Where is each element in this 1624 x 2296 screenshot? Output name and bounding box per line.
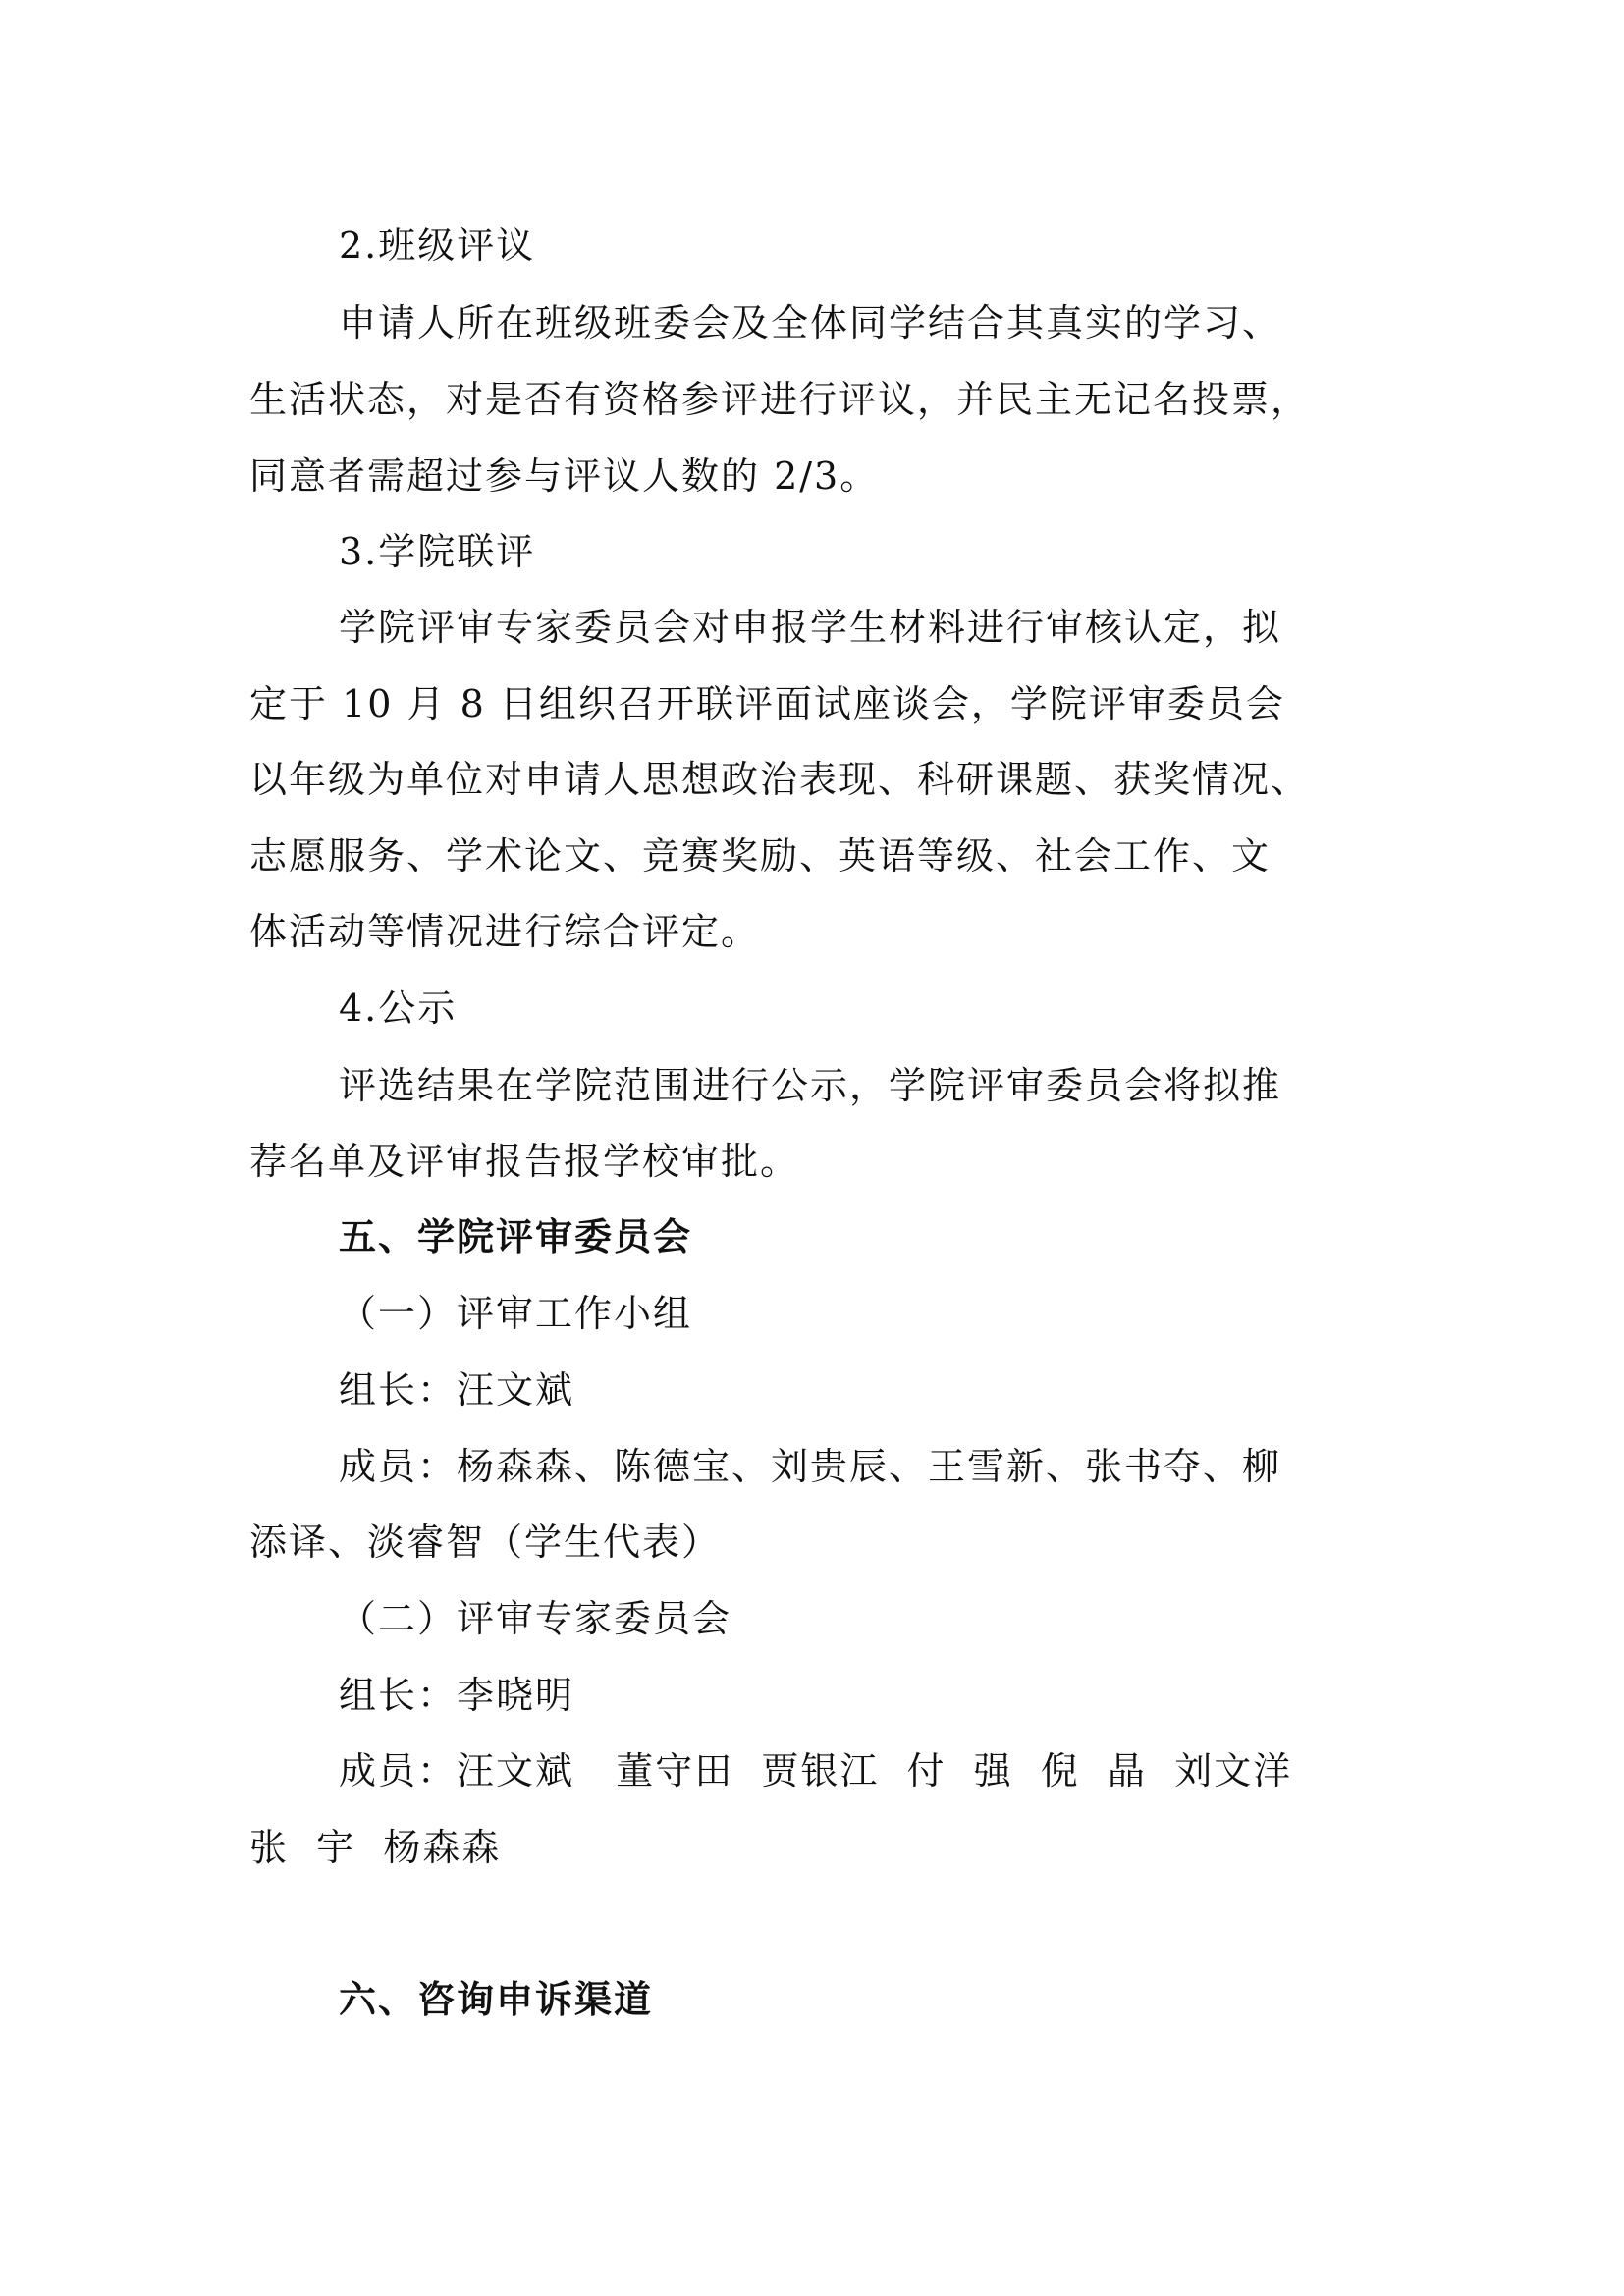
section-title-college-review: 3.学院联评: [339, 528, 535, 575]
paragraph-line: 定于 10 月 8 日组织召开联评面试座谈会，学院评审委员会: [249, 680, 1285, 727]
paragraph-line: 申请人所在班级班委会及全体同学结合其真实的学习、: [339, 299, 1281, 347]
expert-committee-members: 成员：汪文斌 董守田 贾银江 付 强 倪 晶 刘文洋: [339, 1747, 1292, 1794]
document-page: 2.班级评议 申请人所在班级班委会及全体同学结合其真实的学习、 生活状态，对是否…: [0, 0, 1624, 2296]
working-group-members: 成员：杨森森、陈德宝、刘贵辰、王雪新、张书夺、柳: [339, 1443, 1281, 1490]
section-title-class-review: 2.班级评议: [339, 222, 535, 269]
heading-consultation-appeal: 六、咨询申诉渠道: [339, 1976, 653, 2023]
section-title-publicity: 4.公示: [339, 985, 457, 1032]
paragraph-line: 体活动等情况进行综合评定。: [249, 908, 760, 955]
paragraph-line: 生活状态，对是否有资格参评进行评议，并民主无记名投票，: [249, 376, 1310, 423]
expert-committee-members-cont: 张 宇 杨森森: [249, 1824, 501, 1871]
subheading-working-group: （一）评审工作小组: [339, 1290, 692, 1337]
paragraph-line: 志愿服务、学术论文、竞赛奖励、英语等级、社会工作、文: [249, 832, 1271, 880]
expert-committee-leader: 组长：李晓明: [339, 1672, 574, 1719]
working-group-leader: 组长：汪文斌: [339, 1366, 574, 1414]
paragraph-line: 以年级为单位对申请人思想政治表现、科研课题、获奖情况、: [249, 756, 1310, 803]
subheading-expert-committee: （二）评审专家委员会: [339, 1595, 731, 1642]
paragraph-line: 评选结果在学院范围进行公示，学院评审委员会将拟推: [339, 1062, 1281, 1109]
paragraph-line: 荐名单及评审报告报学校审批。: [249, 1138, 799, 1185]
working-group-members-cont: 添译、淡睿智（学生代表）: [249, 1519, 721, 1566]
paragraph-line: 同意者需超过参与评议人数的 2/3。: [249, 453, 879, 500]
heading-review-committee: 五、学院评审委员会: [339, 1213, 692, 1260]
paragraph-line: 学院评审专家委员会对申报学生材料进行审核认定，拟: [339, 604, 1281, 651]
